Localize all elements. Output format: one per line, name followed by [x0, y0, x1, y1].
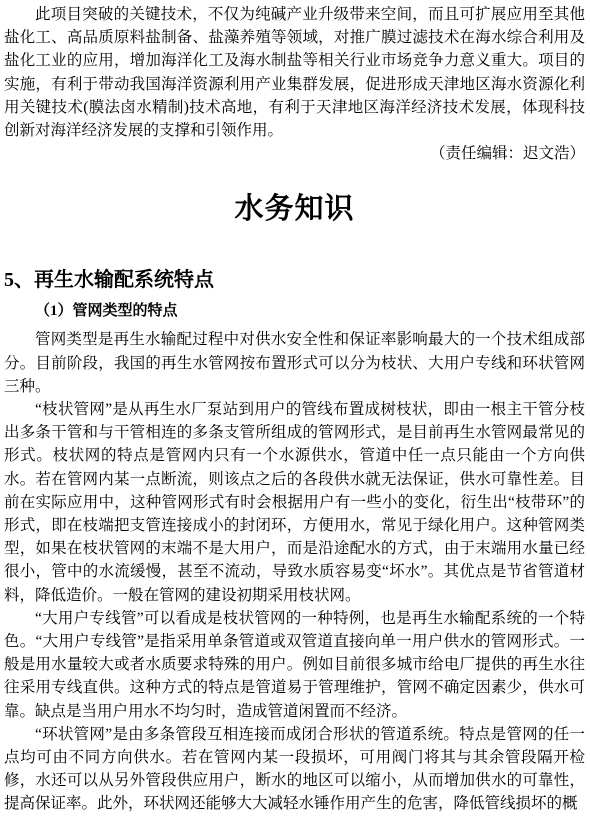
editor-credit: （责任编辑：迟文浩）	[4, 142, 585, 165]
section-body: 管网类型是再生水输配过程中对供水安全性和保证率影响最大的一个技术组成部分。目前阶…	[4, 328, 585, 815]
paragraph-dedicated-line: “大用户专线管”可以看成是枝状管网的一种特例，也是再生水输配系统的一个特色。“大…	[4, 607, 585, 723]
intro-paragraph: 此项目突破的关键技术，不仅为纯碱产业升级带来空间，而且可扩展应用至其他盐化工、高…	[4, 3, 585, 142]
paragraph-ring-network: “环状管网”是由多条管段互相连接而成闭合形状的管道系统。特点是管网的任一点均可由…	[4, 723, 585, 816]
sub-heading: （1）管网类型的特点	[35, 301, 585, 321]
page-title: 水务知识	[4, 192, 585, 227]
section-heading: 5、再生水输配系统特点	[4, 267, 585, 293]
document-page: 此项目突破的关键技术，不仅为纯碱产业升级带来空间，而且可扩展应用至其他盐化工、高…	[0, 0, 590, 830]
paragraph-branched-network: “枝状管网”是从再生水厂泵站到用户的管线布置成树枝状，即由一根主干管分枝出多条干…	[4, 398, 585, 607]
paragraph-network-types: 管网类型是再生水输配过程中对供水安全性和保证率影响最大的一个技术组成部分。目前阶…	[4, 328, 585, 398]
